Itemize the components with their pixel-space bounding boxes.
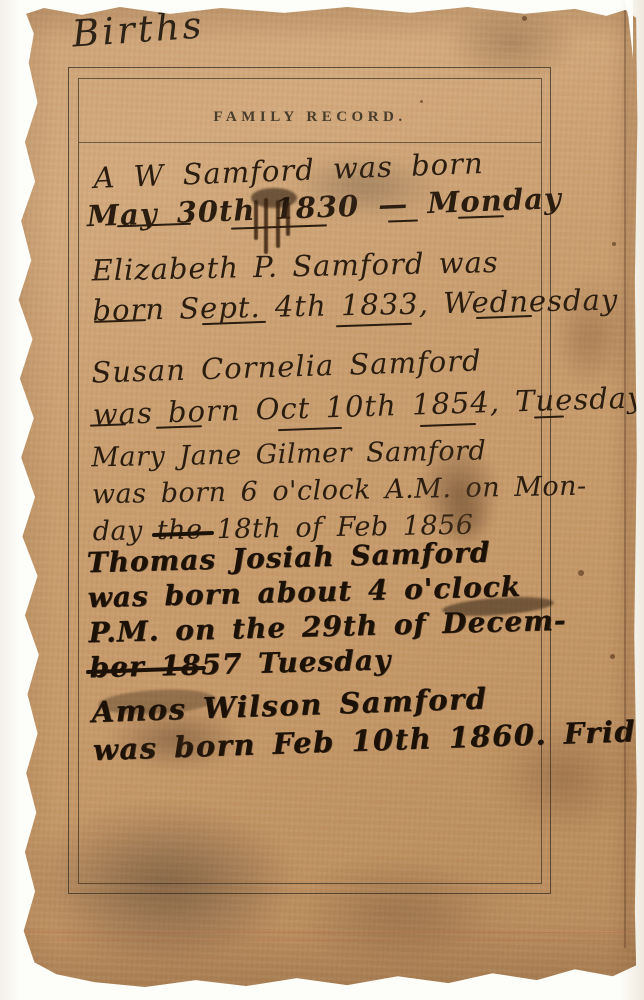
ink-drip	[276, 200, 280, 248]
foxing-dot	[578, 570, 584, 576]
foxing-dot	[612, 242, 616, 246]
scan-background: Births FAMILY RECORD. A W Samford was bo…	[0, 0, 644, 1000]
foxing-dot	[522, 16, 527, 21]
page-title: FAMILY RECORD.	[213, 95, 406, 126]
scratch-line	[6, 940, 638, 941]
handwritten-section-title: Births	[71, 3, 206, 55]
scratch-line	[6, 932, 638, 933]
ink-drip	[264, 198, 268, 254]
document-page: Births FAMILY RECORD. A W Samford was bo…	[6, 4, 638, 990]
foxing-dot	[94, 274, 98, 278]
ink-drip	[286, 202, 290, 236]
foxing-dot	[420, 100, 423, 103]
foxing-dot	[610, 654, 615, 659]
heading-row: FAMILY RECORD.	[79, 79, 541, 143]
birth-entry-elizabeth-samford: Elizabeth P. Samford was born Sept. 4th …	[91, 240, 618, 331]
birth-entry-susan-samford: Susan Cornelia Samford was born Oct 10th…	[91, 334, 644, 435]
ink-drip	[254, 200, 258, 240]
fold-crease	[624, 4, 626, 948]
